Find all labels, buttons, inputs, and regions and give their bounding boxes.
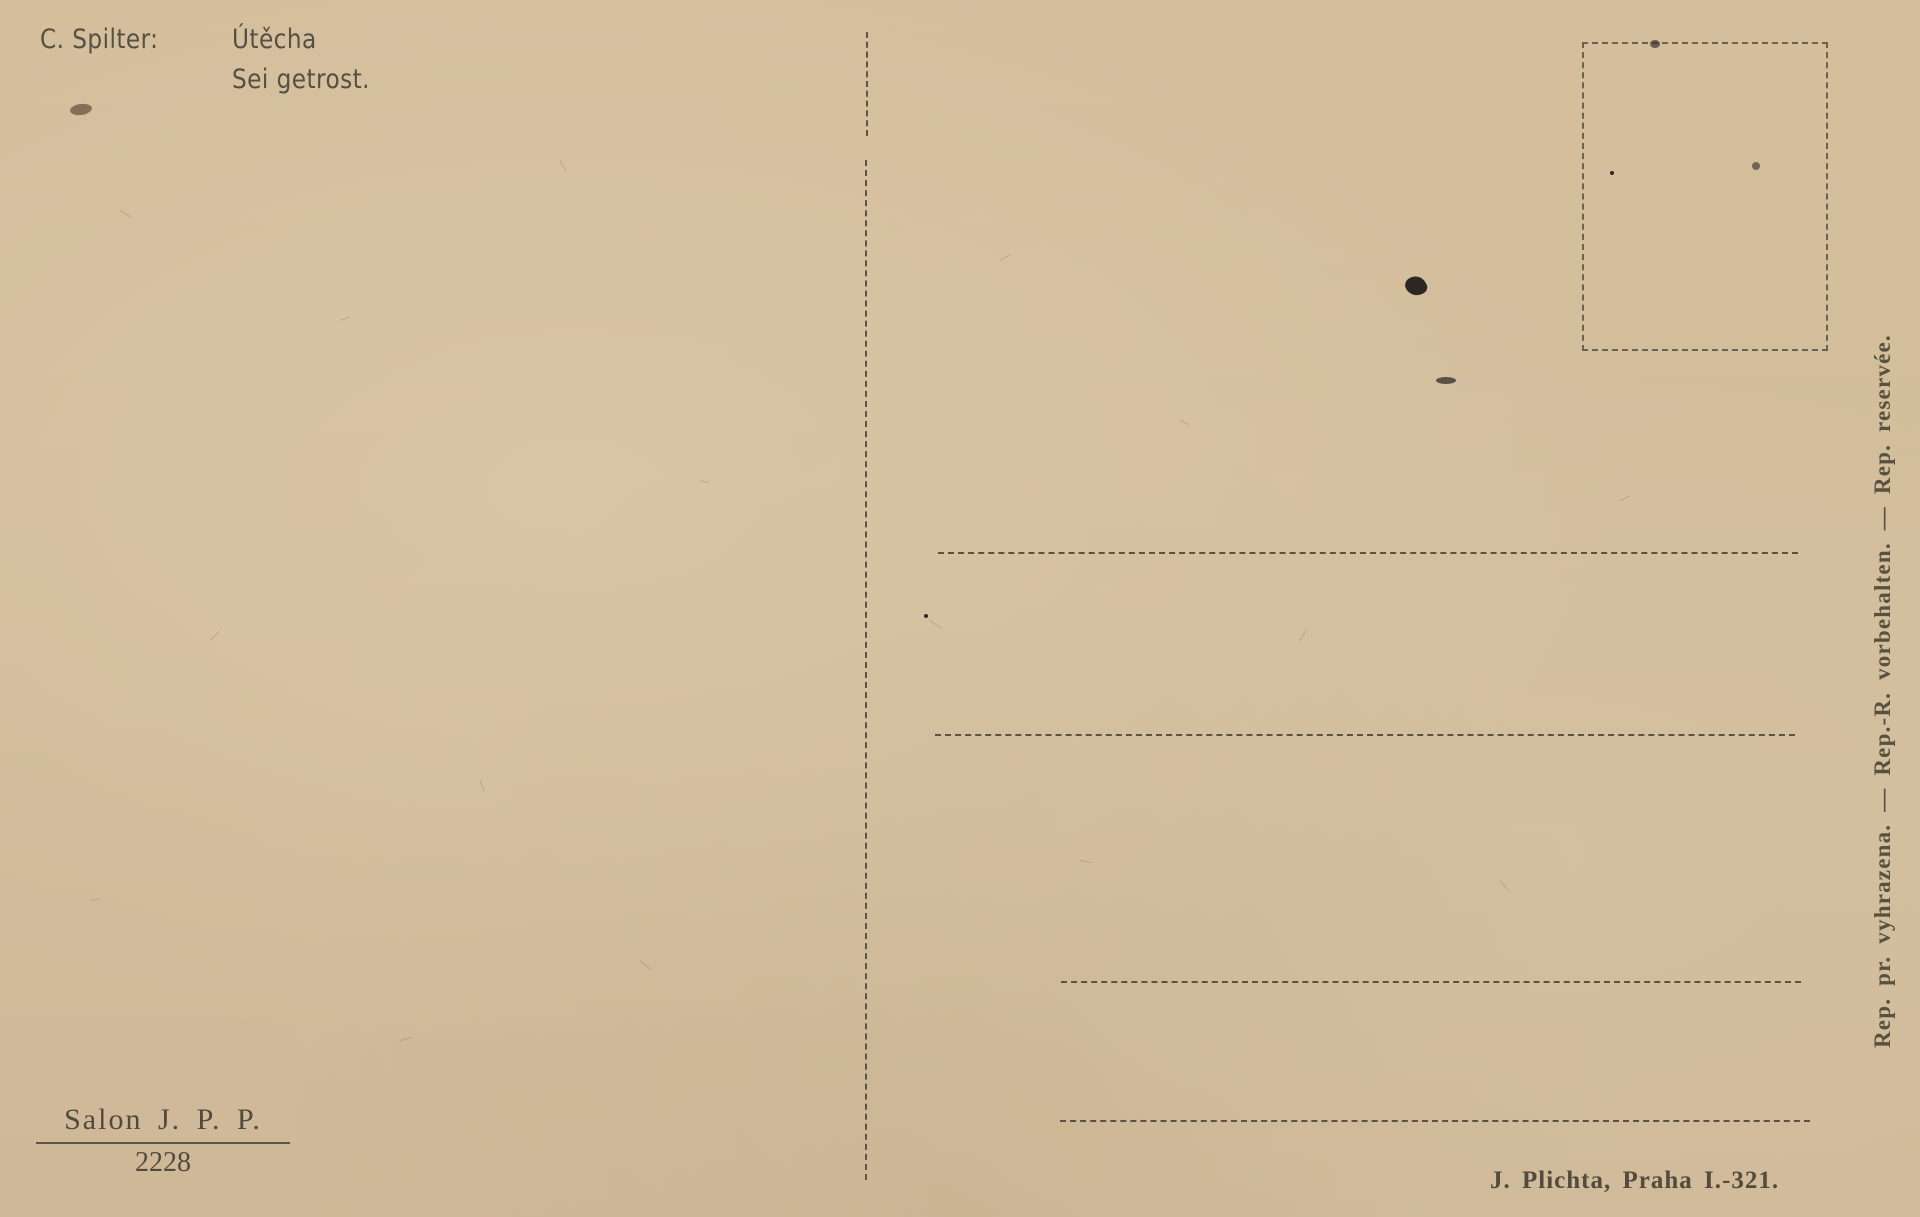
paper-fiber	[1500, 880, 1508, 890]
ink-blot	[1402, 272, 1429, 299]
paper-fiber	[1080, 860, 1091, 863]
paper-fiber	[1000, 254, 1011, 261]
center-divider	[865, 160, 867, 1180]
title-german: Sei getrost.	[232, 64, 370, 95]
paper-fiber	[700, 480, 709, 483]
artwork-title-czech: Útěcha	[232, 24, 317, 55]
paper-fiber	[560, 160, 567, 171]
paper-fiber	[90, 898, 100, 901]
ink-blot	[1436, 377, 1456, 384]
paper-fiber	[640, 960, 651, 970]
artist-name: C. Spilter:	[40, 24, 158, 55]
address-line-4	[1060, 1120, 1810, 1122]
ink-speck	[1752, 162, 1760, 170]
artwork-title-german: Sei getrost.	[232, 64, 370, 95]
publisher-block: Salon J. P. P. 2228	[36, 1102, 290, 1180]
paper-fiber	[1300, 629, 1307, 641]
ink-stain	[69, 103, 92, 117]
publisher-rule	[36, 1142, 290, 1144]
paper-fiber	[480, 780, 485, 791]
paper-fiber	[120, 210, 133, 218]
address-line-2	[935, 734, 1795, 736]
paper-fiber	[1620, 496, 1629, 501]
postcard-back: C. Spilter: Útěcha Sei getrost. Salon J.…	[0, 0, 1920, 1217]
printer-imprint: J. Plichta, Praha I.-321.	[1490, 1167, 1779, 1195]
paper-fiber	[1180, 420, 1189, 425]
title-czech: Útěcha	[232, 24, 317, 55]
paper-fiber	[340, 317, 350, 321]
stamp-box	[1582, 42, 1828, 351]
paper-fiber	[400, 1037, 412, 1041]
publisher-name: Salon J. P. P.	[36, 1102, 290, 1138]
address-line-1	[938, 552, 1798, 554]
paper-fiber	[930, 620, 942, 629]
ink-speck	[1610, 171, 1614, 175]
address-line-3	[1061, 981, 1801, 983]
ink-speck	[1650, 40, 1660, 48]
rights-notice: Rep. pr. vyhrazena. — Rep.-R. vorbehalte…	[1870, 188, 1896, 1048]
publisher-number: 2228	[36, 1146, 290, 1180]
center-divider-top	[866, 32, 868, 136]
ink-speck	[924, 614, 928, 618]
artwork-title-line-1: C. Spilter:	[40, 24, 158, 55]
paper-fiber	[210, 631, 220, 641]
